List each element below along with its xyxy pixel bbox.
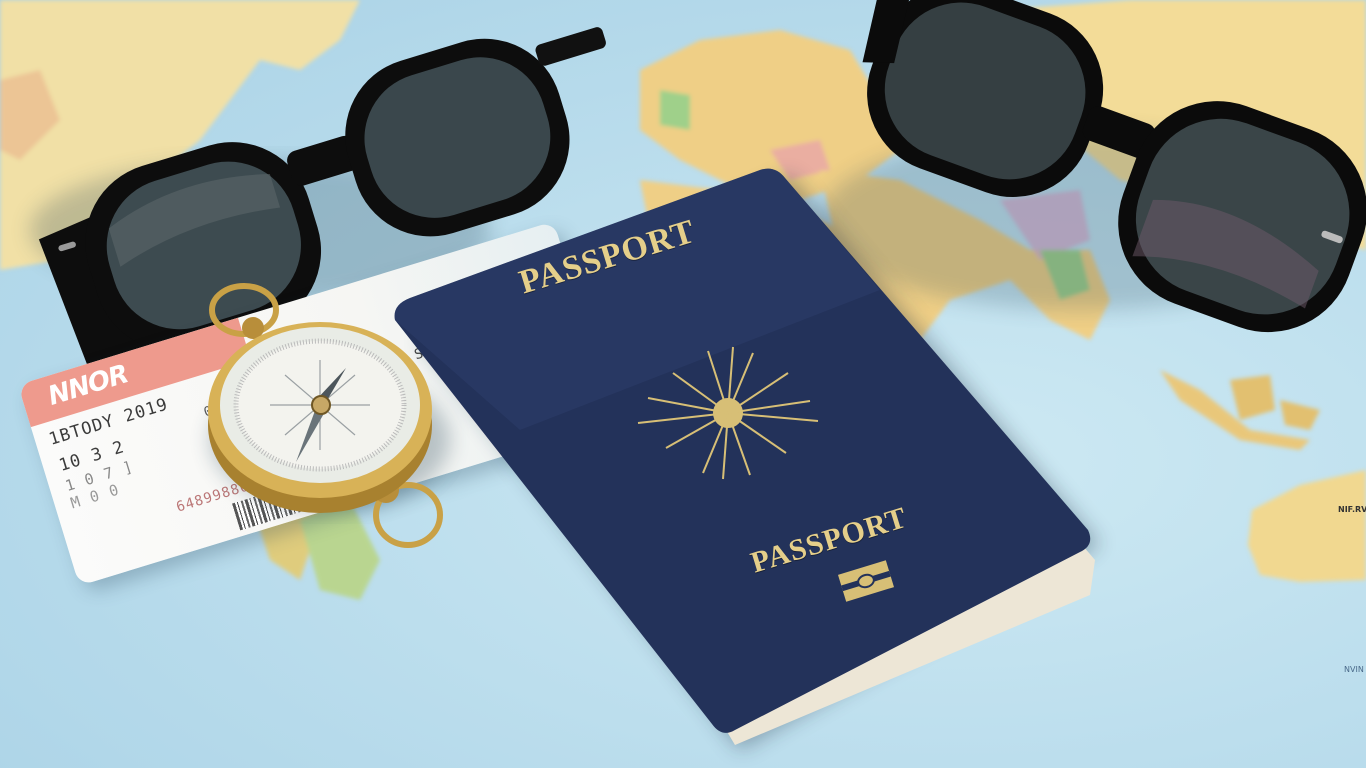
map-label: NVIN [1344, 665, 1364, 674]
biometric-chip-icon [837, 559, 895, 603]
photo-scene: NNOR 1BTODY 2019 10 3 2 1 0 7 ] M 0 0 00… [0, 0, 1366, 768]
passport: PASSPORT PASSPORT [395, 168, 1095, 748]
map-label: NIF.RV [1338, 505, 1366, 514]
passport-title-top: PASSPORT [515, 213, 700, 303]
